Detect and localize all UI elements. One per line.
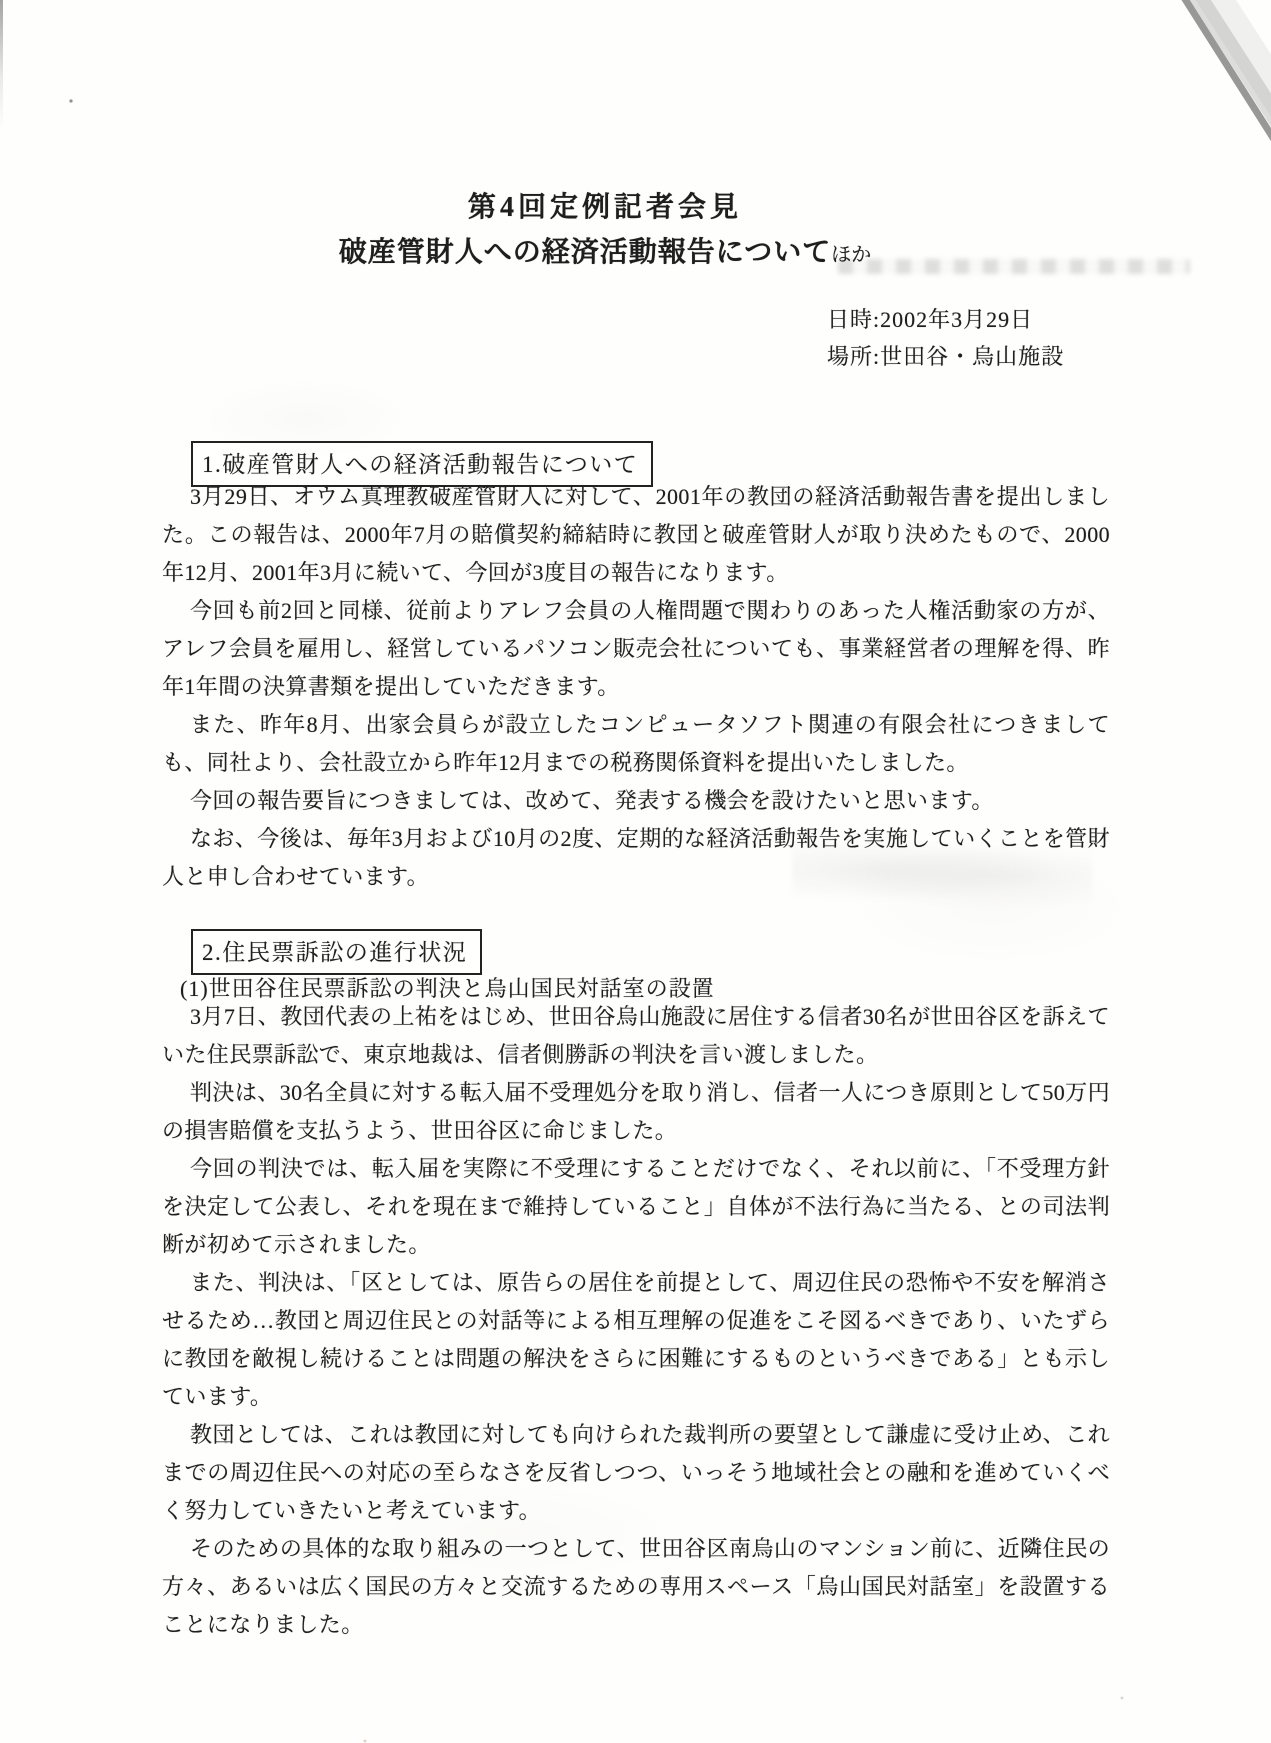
scan-edge-artifact [0,0,3,130]
document-subtitle: 破産管財人への経済活動報告についてほか [131,230,1079,270]
meta-location: 場所:世田谷・烏山施設 [827,338,1064,375]
paragraph: 今回の報告要旨につきましては、改めて、発表する機会を設けたいと思います。 [162,782,1110,820]
paragraph: 3月7日、教団代表の上祐をはじめ、世田谷烏山施設に居住する信者30名が世田谷区を… [162,998,1110,1074]
paragraph: 3月29日、オウム真理教破産管財人に対して、2001年の教団の経済活動報告書を提… [162,478,1110,592]
paragraph: そのための具体的な取り組みの一つとして、世田谷区南烏山のマンション前に、近隣住民… [162,1530,1110,1644]
paragraph: 今回の判決では、転入届を実際に不受理にすることだけでなく、それ以前に、「不受理方… [162,1150,1110,1264]
paragraph: 判決は、30名全員に対する転入届不受理処分を取り消し、信者一人につき原則として5… [162,1074,1110,1150]
paragraph: また、昨年8月、出家会員らが設立したコンピュータソフト関連の有限会社につきまして… [162,706,1110,782]
document-subtitle-main: 破産管財人への経済活動報告について [339,237,831,268]
meta-date: 日時:2002年3月29日 [827,301,1064,338]
paragraph: 今回も前2回と同様、従前よりアレフ会員の人権問題で関わりのあった人権活動家の方が… [162,592,1110,706]
section-1-body: 3月29日、オウム真理教破産管財人に対して、2001年の教団の経済活動報告書を提… [162,478,1110,896]
paragraph: また、判決は、「区としては、原告らの居住を前提として、周辺住民の恐怖や不安を解消… [162,1264,1110,1416]
section-2-body: 3月7日、教団代表の上祐をはじめ、世田谷烏山施設に居住する信者30名が世田谷区を… [162,998,1110,1644]
document-subtitle-suffix: ほか [831,244,871,266]
section-2-heading: 2.住民票訴訟の進行状況 [191,929,482,975]
document-header: 第4回定例記者会見 破産管財人への経済活動報告についてほか [131,190,1079,270]
meta-block: 日時:2002年3月29日 場所:世田谷・烏山施設 [827,301,1064,375]
paragraph: なお、今後は、毎年3月および10月の2度、定期的な経済活動報告を実施していくこと… [162,820,1110,896]
scanned-document-page: 第4回定例記者会見 破産管財人への経済活動報告についてほか 日時:2002年3月… [0,0,1271,1743]
document-title: 第4回定例記者会見 [131,190,1079,225]
paragraph: 教団としては、これは教団に対しても向けられた裁判所の要望として謙虚に受け止め、こ… [162,1416,1110,1530]
